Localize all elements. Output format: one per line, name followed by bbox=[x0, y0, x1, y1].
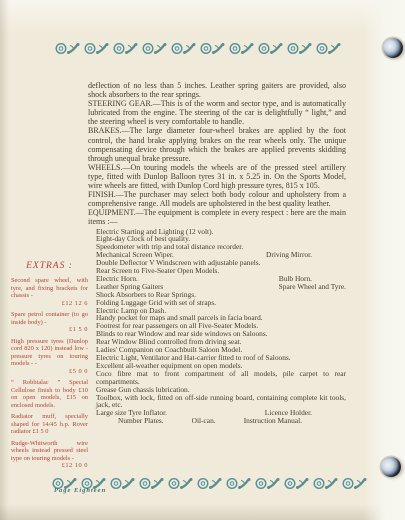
extras-panel: EXTRAS : Second spare wheel, with tyre, … bbox=[11, 261, 88, 474]
extras-item-desc: Second spare wheel, with tyre, and fixin… bbox=[11, 277, 88, 299]
extras-item-desc: Rudge-Whitworth wire wheels instead pres… bbox=[11, 440, 88, 462]
extras-item: Spare petrol container (to go inside bod… bbox=[11, 311, 88, 334]
equipment-item-label: Number Plates. bbox=[118, 417, 164, 425]
paragraph-equipment: EQUIPMENT.—The equipment is complete in … bbox=[88, 208, 346, 226]
equipment-item: Coco fibre mat to front compartment of a… bbox=[96, 370, 346, 386]
equipment-item: Toolbox, with lock, fitted on off-side r… bbox=[96, 394, 346, 410]
equipment-item-label: Coco fibre mat to front compartment of a… bbox=[96, 369, 346, 386]
extras-item-desc: Spare petrol container (to go inside bod… bbox=[11, 311, 88, 326]
extras-item: “ Robbialac ” Special Cellulose finish t… bbox=[11, 379, 88, 409]
extras-item-price: £12 10 0 bbox=[11, 462, 88, 470]
equipment-item-label: Spare Wheel and Tyre. bbox=[279, 283, 346, 291]
equipment-item-label: Instruction Manual. bbox=[244, 417, 302, 425]
equipment-list: Electric Starting and Lighting (12 volt)… bbox=[96, 228, 346, 426]
extras-item-price: £5 0 0 bbox=[11, 368, 88, 376]
equipment-item-label: Driving Mirror. bbox=[266, 251, 312, 259]
extras-title: EXTRAS : bbox=[11, 261, 88, 271]
paragraph-brakes: BRAKES.—The large diameter four-wheel br… bbox=[88, 126, 346, 162]
body-text-column: deflection of no less than 5 inches. Lea… bbox=[88, 81, 346, 425]
extras-item-price: £1 5 0 bbox=[11, 326, 88, 334]
ornamental-border-top bbox=[55, 42, 345, 60]
extras-item: High pressure tyres (Dunlop cord 820 x 1… bbox=[11, 338, 88, 376]
extras-item: Second spare wheel, with tyre, and fixin… bbox=[11, 277, 88, 307]
brochure-page: deflection of no less than 5 inches. Lea… bbox=[0, 0, 405, 520]
extras-item-desc: Radiator muff, specially shaped for 14/4… bbox=[11, 413, 88, 435]
punch-hole-icon bbox=[383, 38, 403, 58]
extras-item-price: £12 12 6 bbox=[11, 300, 88, 308]
equipment-item-label: Oil-can. bbox=[192, 417, 216, 425]
paragraph-finish: FINISH.—The purchaser may select both bo… bbox=[88, 190, 346, 208]
scroll-ornament-icon bbox=[55, 42, 345, 55]
paragraph-steering-gear: STEERING GEAR.—This is of the worm and s… bbox=[88, 99, 346, 126]
extras-item-desc: High pressure tyres (Dunlop cord 820 x 1… bbox=[11, 338, 88, 368]
equipment-item: Number Plates.Oil-can.Instruction Manual… bbox=[118, 417, 346, 425]
paragraph-wheels: WHEELS.—On touring models the wheels are… bbox=[88, 163, 346, 190]
extras-item: Radiator muff, specially shaped for 14/4… bbox=[11, 413, 88, 436]
extras-item-desc: “ Robbialac ” Special Cellulose finish t… bbox=[11, 379, 88, 409]
equipment-item-label: Toolbox, with lock, fitted on off-side r… bbox=[96, 393, 346, 410]
punch-hole-icon bbox=[381, 457, 401, 477]
page-number: Page Eighteen bbox=[54, 487, 106, 494]
paragraph-deflection: deflection of no less than 5 inches. Lea… bbox=[88, 81, 346, 99]
extras-item: Rudge-Whitworth wire wheels instead pres… bbox=[11, 440, 88, 470]
